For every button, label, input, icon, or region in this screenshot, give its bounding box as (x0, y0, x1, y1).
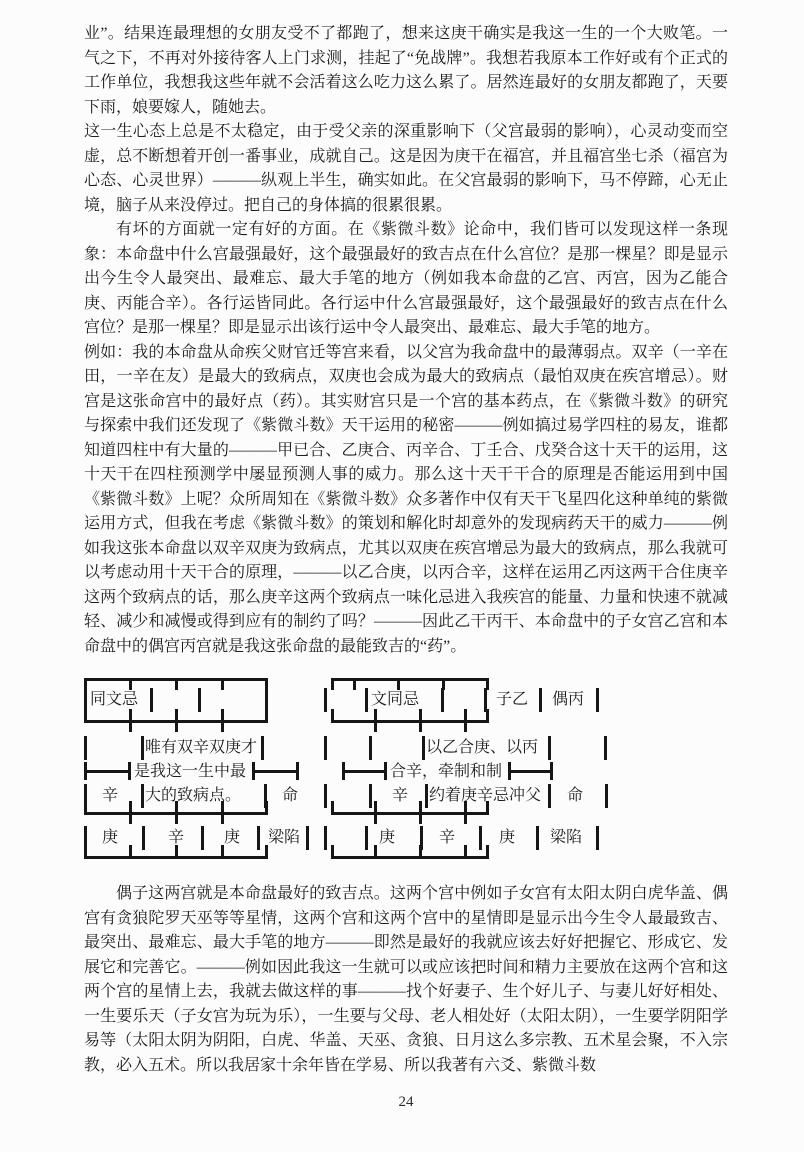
grid-bar (150, 688, 153, 712)
grid-tick (84, 801, 87, 813)
right-chart-top-cell-2-label: 子乙 (496, 688, 528, 712)
grid-bar (536, 826, 539, 850)
grid-tick (374, 720, 377, 732)
right-chart-top-cell-3-label: 偶丙 (552, 688, 584, 712)
right-chart-bottom-cell-2: 辛 (439, 826, 455, 850)
right-chart-center-line-2: 合辛，牵制和制 (390, 760, 502, 784)
grid-tick (84, 709, 87, 721)
grid-bar (141, 736, 144, 760)
left-chart-center-line-2: 是我这一生中最 (134, 760, 246, 784)
grid-bar (324, 688, 327, 712)
grid-tick (129, 812, 132, 824)
grid-bar (548, 736, 551, 760)
left-chart-bottom-cell-3: 庚 (224, 826, 240, 850)
grid-tick (129, 720, 132, 732)
left-chart-palace-right: 命 (282, 784, 298, 808)
palace-chart-diagram: 同文忌 唯有双辛双庚才 是我这一生中最 辛 大的致病点。 命 (84, 672, 754, 872)
grid-bar (324, 784, 327, 808)
grid-tick (374, 845, 377, 857)
paragraph-4: 例如：我的本命盘从命疾父财官迁等宫来看，以父宫为我命盘中的最薄弱点。双辛（一辛在… (84, 341, 728, 660)
body-text-lower: 偶子这两宫就是本命盘最好的致吉点。这两个宫中例如子女宫有太阳太阴白虎华盖、偶宫有… (84, 882, 728, 1094)
grid-bar (198, 688, 201, 712)
right-chart-palace-right: 命 (567, 784, 583, 808)
grid-bar (539, 688, 542, 712)
paragraph-3: 有坏的方面就一定有好的方面。在《紫微斗数》论命中，我们皆可以发现这样一条现象：本… (84, 218, 728, 341)
grid-line (342, 770, 386, 773)
grid-line (84, 770, 130, 773)
grid-tick (221, 678, 224, 690)
grid-bar (84, 736, 87, 760)
grid-tick (374, 812, 377, 824)
grid-tick (221, 812, 224, 824)
left-chart-stem-left: 辛 (102, 784, 118, 808)
grid-bar (596, 688, 599, 712)
grid-bar (550, 762, 553, 780)
grid-bar (365, 688, 368, 712)
grid-tick (221, 845, 224, 857)
grid-bar (252, 762, 255, 780)
grid-tick (129, 845, 132, 857)
grid-tick (464, 812, 467, 824)
left-chart-center-line-1: 唯有双辛双庚才 (145, 736, 257, 760)
grid-tick (265, 801, 268, 813)
grid-tick (419, 720, 422, 732)
grid-bar (441, 688, 444, 712)
grid-bar (324, 736, 327, 760)
grid-bar (342, 762, 345, 780)
body-text-upper: 业”。结果连最理想的女朋友受不了都跑了，想来这庚干确实是我这一生的一个大败笔。一… (84, 22, 728, 674)
grid-tick (464, 845, 467, 857)
grid-bar (365, 826, 368, 850)
grid-tick (419, 812, 422, 824)
right-chart-bottom-cell-3: 庚 (499, 826, 515, 850)
grid-bar (548, 784, 551, 808)
paragraph-2: 这一生心态上总是不太稳定，由于受父亲的深重影响下（父宫最弱的影响），心灵动变而空… (84, 120, 728, 218)
left-chart-center-line-3: 大的致病点。 (145, 784, 241, 808)
grid-tick (486, 709, 489, 721)
grid-bar (604, 736, 607, 760)
grid-bar (596, 826, 599, 850)
grid-tick (486, 845, 489, 857)
grid-tick (331, 709, 334, 721)
grid-bar (128, 762, 131, 780)
grid-bar (605, 784, 608, 808)
grid-bar (142, 826, 145, 850)
grid-bar (384, 762, 387, 780)
grid-bar (369, 736, 372, 760)
grid-tick (265, 709, 268, 721)
grid-tick (353, 678, 356, 690)
right-chart-bottom-cell-1: 庚 (379, 826, 395, 850)
grid-bar (508, 762, 511, 780)
grid-bar (306, 826, 309, 850)
right-chart-stem-left: 辛 (392, 784, 408, 808)
right-chart-center-line-3: 约着庚辛忌冲父 (429, 784, 541, 808)
grid-bar (257, 826, 260, 850)
grid-tick (331, 678, 334, 690)
right-chart-center-line-1: 以乙合庚、以丙 (426, 736, 538, 760)
grid-bar (296, 762, 299, 780)
grid-bar (324, 826, 327, 850)
grid-tick (331, 801, 334, 813)
grid-tick (175, 678, 178, 690)
grid-tick (175, 720, 178, 732)
right-chart-top-cell-label: 文同忌 (371, 688, 419, 712)
grid-tick (486, 801, 489, 813)
left-chart-bottom-cell-4: 梁陷 (268, 826, 300, 850)
grid-tick (464, 720, 467, 732)
grid-tick (331, 845, 334, 857)
grid-tick (175, 845, 178, 857)
grid-bar (369, 784, 372, 808)
grid-tick (84, 845, 87, 857)
paragraph-1: 业”。结果连最理想的女朋友受不了都跑了，想来这庚干确实是我这一生的一个大败笔。一… (84, 22, 728, 120)
grid-bar (84, 762, 87, 780)
grid-line (508, 770, 552, 773)
grid-tick (221, 720, 224, 732)
paragraph-5: 偶子这两宫就是本命盘最好的致吉点。这两个宫中例如子女宫有太阳太阴白虎华盖、偶宫有… (84, 882, 728, 1078)
grid-tick (419, 845, 422, 857)
page-number: 24 (84, 1094, 728, 1111)
grid-bar (201, 826, 204, 850)
grid-line (252, 770, 298, 773)
grid-tick (175, 812, 178, 824)
grid-bar (141, 784, 144, 808)
right-chart-bottom-cell-4: 梁陷 (550, 826, 582, 850)
grid-bar (425, 784, 428, 808)
grid-bar (261, 736, 264, 760)
grid-bar (422, 736, 425, 760)
grid-tick (265, 845, 268, 857)
grid-bar (479, 826, 482, 850)
left-chart-bottom-cell-1: 庚 (102, 826, 118, 850)
document-page: 业”。结果连最理想的女朋友受不了都跑了，想来这庚干确实是我这一生的一个大败笔。一… (0, 0, 804, 1152)
